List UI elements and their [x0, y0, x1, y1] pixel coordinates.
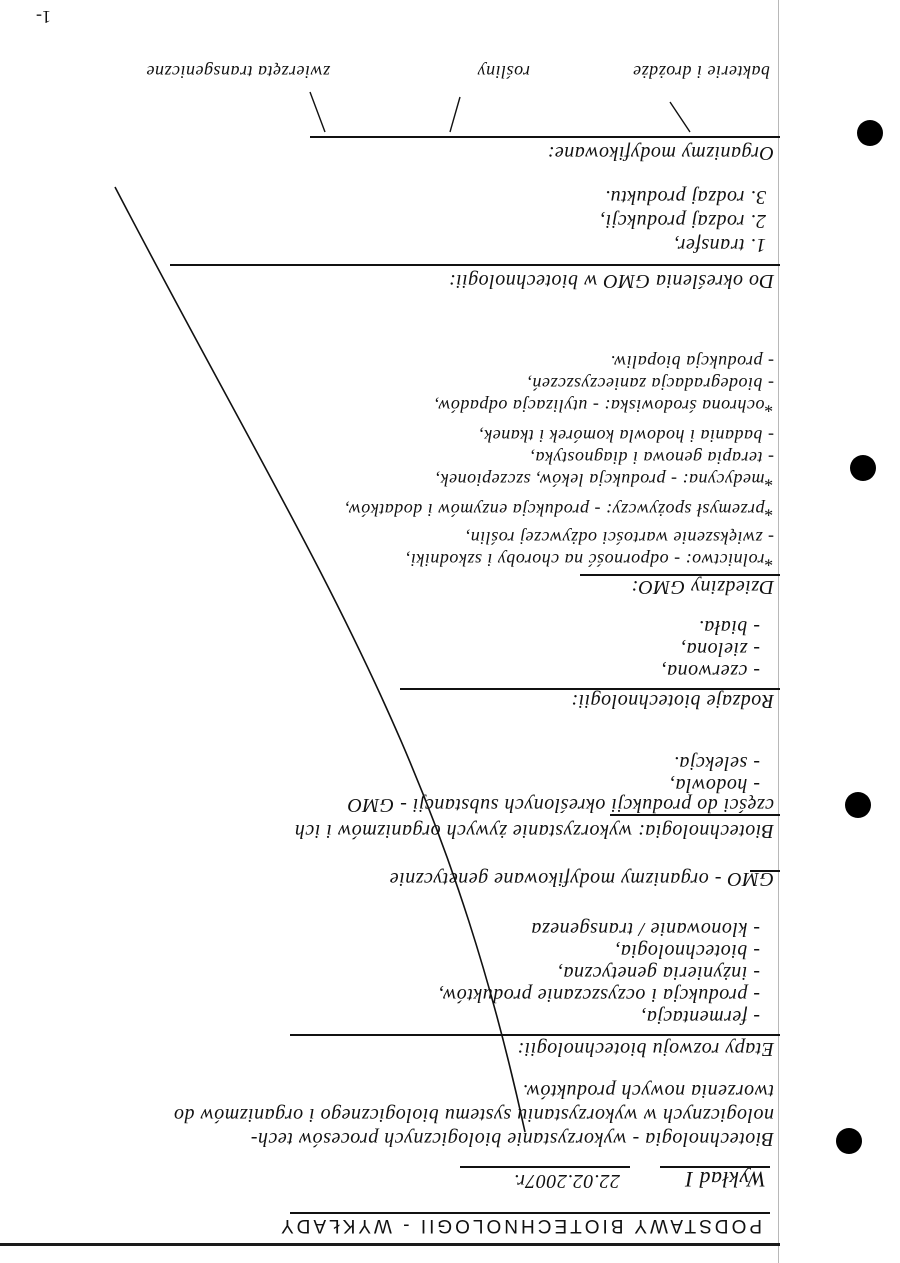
- handwritten-content: PODSTAWY BIOTECHNOLOGII - WYKŁADY Wykład…: [0, 0, 780, 1262]
- strike-through-line: [0, 0, 780, 1262]
- punch-hole: [836, 1128, 862, 1154]
- punch-hole: [845, 792, 871, 818]
- punch-hole: [850, 455, 876, 481]
- scanned-page: 1- PODSTAWY BIOTECHNOLOGII - WYKŁADY Wyk…: [0, 0, 900, 1263]
- punch-hole: [857, 120, 883, 146]
